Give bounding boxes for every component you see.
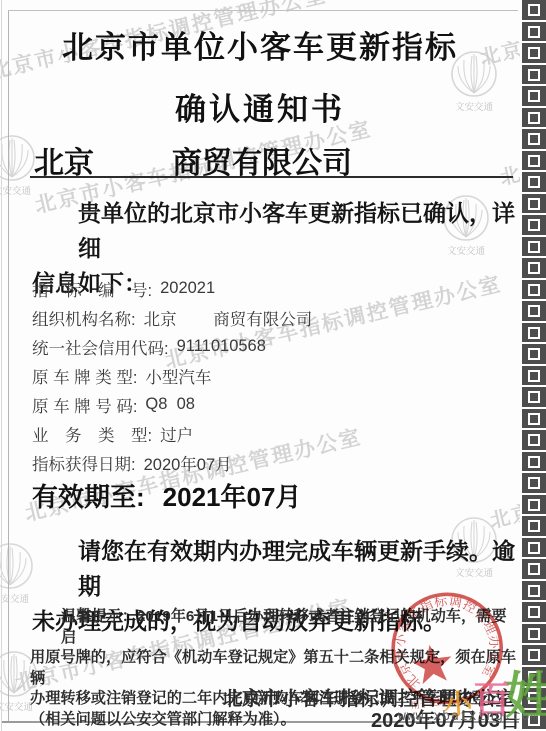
border-pattern-unit	[522, 409, 546, 429]
field-row-plate-number: 原 车 牌 号 码: Q8 08	[32, 390, 312, 419]
border-pattern-unit	[522, 0, 546, 20]
field-label: 组织机构名称:	[32, 306, 136, 330]
border-pattern-unit	[522, 194, 546, 214]
site-logo-char: 姓	[505, 656, 546, 728]
border-pattern-unit	[522, 538, 546, 558]
border-pattern-unit	[522, 86, 546, 106]
border-pattern-unit	[522, 366, 546, 386]
border-pattern-unit	[522, 151, 546, 171]
field-row-credit-code: 统一社会信用代码: 9111010568	[32, 332, 312, 361]
field-row-business-type: 业 务 类 型: 过户	[32, 419, 312, 448]
document-title-line1: 北京市单位小客车更新指标	[0, 22, 520, 67]
border-pattern-unit	[522, 237, 546, 257]
border-pattern-unit	[522, 215, 546, 235]
validity-value: 2021年07月	[163, 482, 302, 512]
field-label: 指标获得日期:	[32, 451, 136, 475]
field-label: 指 标 编 号:	[32, 277, 152, 301]
field-label: 业 务 类 型:	[32, 422, 152, 446]
right-border-pattern	[520, 0, 546, 731]
border-pattern-unit	[522, 258, 546, 278]
border-pattern-unit	[522, 581, 546, 601]
field-row-obtain-date: 指标获得日期: 2020年07月	[32, 448, 312, 477]
field-value: 9111010568	[177, 337, 266, 356]
field-row-index-number: 指 标 编 号: 202021	[32, 274, 312, 303]
field-row-plate-type: 原 车 牌 类 型: 小型汽车	[32, 361, 312, 390]
company-underline	[30, 176, 513, 178]
border-pattern-unit	[522, 108, 546, 128]
border-pattern-unit	[522, 65, 546, 85]
notice-document: 北京市小客车指标调控管理办公室 北京市小客车指标调控管理办公室 北京市小客车指标…	[0, 0, 546, 731]
border-pattern-unit	[522, 344, 546, 364]
border-pattern-unit	[522, 452, 546, 472]
border-pattern-unit	[522, 624, 546, 644]
border-pattern-unit	[522, 323, 546, 343]
border-pattern-unit	[522, 473, 546, 493]
validity-label: 有效期至:	[32, 482, 145, 512]
border-pattern-unit	[522, 22, 546, 42]
field-value: 2020年07月	[144, 451, 232, 475]
border-pattern-unit	[522, 495, 546, 515]
border-pattern-unit	[522, 280, 546, 300]
validity-row: 有效期至:2021年07月	[32, 477, 301, 514]
border-pattern-unit	[522, 129, 546, 149]
field-value: 小型汽车	[145, 364, 211, 388]
field-value: Q8 08	[145, 395, 195, 414]
document-title-line2: 确认通知书	[0, 84, 520, 129]
intro-line: 贵单位的北京市小客车更新指标已确认，详细	[32, 196, 517, 266]
field-value: 202021	[160, 279, 215, 298]
field-list: 指 标 编 号: 202021 组织机构名称: 北京 商贸有限公司 统一社会信用…	[32, 274, 312, 477]
border-pattern-unit	[522, 301, 546, 321]
field-value: 过户	[160, 422, 193, 446]
border-pattern-unit	[522, 516, 546, 536]
field-label: 原 车 牌 号 码:	[32, 393, 137, 417]
field-value: 北京 商贸有限公司	[144, 306, 313, 330]
border-pattern-unit	[522, 172, 546, 192]
border-pattern-unit	[522, 430, 546, 450]
border-pattern-unit	[522, 559, 546, 579]
border-pattern-unit	[522, 602, 546, 622]
border-pattern-unit	[522, 43, 546, 63]
field-label: 统一社会信用代码:	[32, 335, 169, 359]
field-row-org-name: 组织机构名称: 北京 商贸有限公司	[32, 303, 312, 332]
border-pattern-unit	[522, 387, 546, 407]
field-label: 原 车 牌 类 型:	[32, 364, 137, 388]
